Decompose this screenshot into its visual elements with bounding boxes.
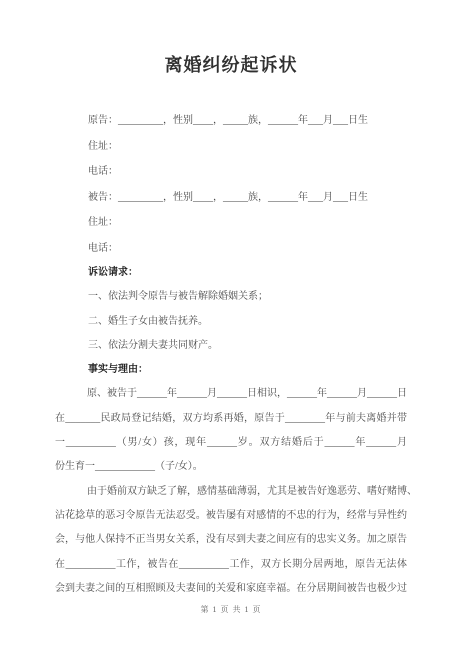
document-title: 离婚纠纷起诉状 [55,52,407,78]
document-page: 离婚纠纷起诉状 原告：_________，性别____，_____族，_____… [0,0,463,655]
plaintiff-phone-line: 电话： [88,159,407,185]
facts-paragraph-line: 会到夫妻之间的互相照顾及夫妻间的关爱和家庭幸福。在分居期间被告也极少过 [55,577,407,601]
facts-section: 事实与理由： 原、被告于______年______月______日相识，____… [55,358,407,601]
facts-paragraph-line: 份生育一____________（子/女）。 [55,455,407,479]
claims-heading: 诉讼请求： [88,261,407,285]
facts-paragraph-1: 原、被告于______年______月______日相识，______年____… [55,382,407,479]
defendant-phone-line: 电话： [88,236,407,262]
facts-paragraph-line: 一__________（男/女）孩，现年______岁。双方结婚后于______… [55,431,407,455]
plaintiff-address-line: 住址： [88,134,407,160]
plaintiff-info-line: 原告：_________，性别____，_____族，______年___月__… [88,108,407,134]
facts-paragraph-line: 在_______民政局登记结婚，双方均系再婚，原告于________年与前夫离婚… [55,407,407,431]
party-info-section: 原告：_________，性别____，_____族，______年___月__… [55,108,407,261]
claim-item-2: 二、婚生子女由被告抚养。 [88,310,407,334]
facts-paragraph-line: 在__________工作，被告在__________工作，双方长期分居两地，原… [55,553,407,577]
claims-section: 诉讼请求： 一、依法判令原告与被告解除婚姻关系； 二、婚生子女由被告抚养。 三、… [55,261,407,358]
defendant-address-line: 住址： [88,210,407,236]
defendant-info-line: 被告：_________，性别____，_____族，______年___月__… [88,185,407,211]
facts-paragraph-line: 会，与他人保持不正当男女关系，没有尽到夫妻之间应有的忠实义务。加之原告 [55,528,407,552]
claim-item-3: 三、依法分割夫妻共同财产。 [88,334,407,358]
facts-paragraph-line: 原、被告于______年______月______日相识，______年____… [55,382,407,406]
claim-item-1: 一、依法判令原告与被告解除婚姻关系； [88,285,407,309]
page-number-footer: 第 1 页 共 1 页 [55,604,407,616]
facts-heading: 事实与理由： [88,358,407,382]
facts-paragraph-2: 由于婚前双方缺乏了解，感情基础薄弱，尤其是被告好逸恶劳、嗜好赌博、 沾花捻草的恶… [55,480,407,601]
facts-paragraph-line: 沾花捻草的恶习令原告无法忍受。被告屡有对感情的不忠的行为，经常与异性约 [55,504,407,528]
facts-paragraph-line: 由于婚前双方缺乏了解，感情基础薄弱，尤其是被告好逸恶劳、嗜好赌博、 [55,480,407,504]
